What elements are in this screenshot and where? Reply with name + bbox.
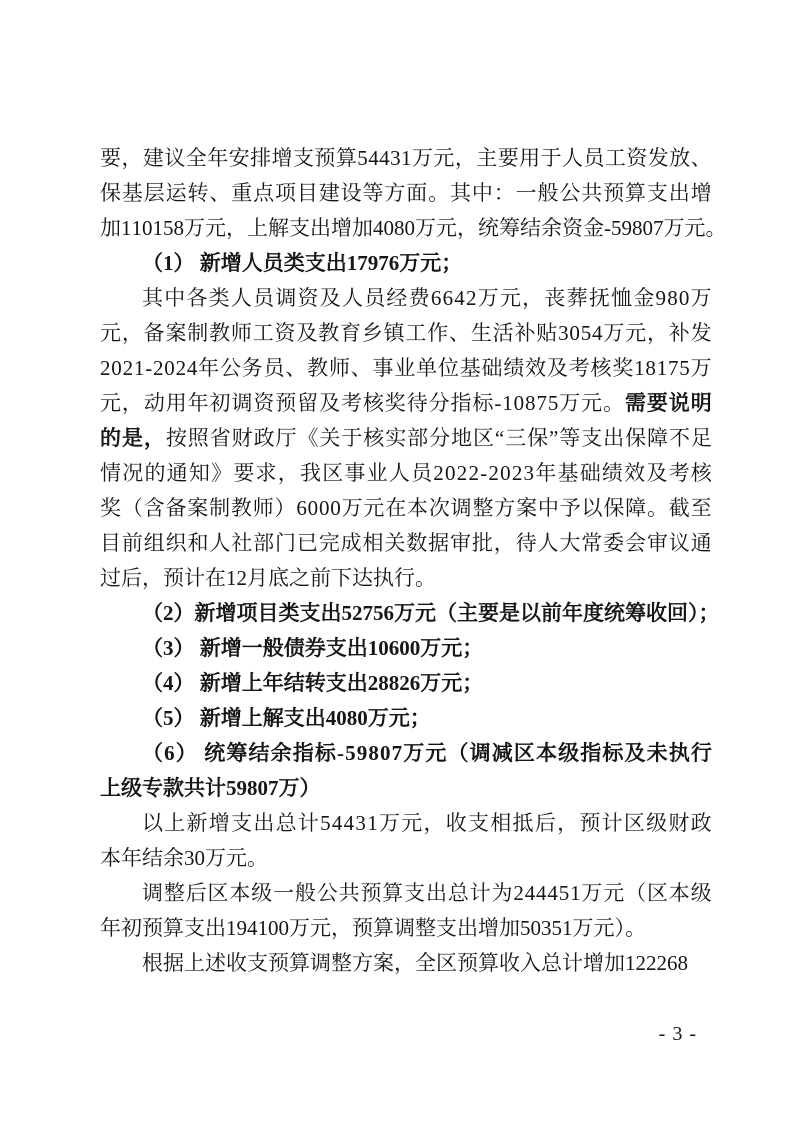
text-segment: 目: [100, 526, 121, 561]
text-segment: 2: [468, 456, 479, 491]
text-segment: 万: [664, 211, 685, 246]
text-segment: 在: [385, 491, 406, 526]
text-segment: 《: [297, 421, 318, 456]
text-segment: 区: [322, 456, 343, 491]
bold-text-segment: ，: [144, 421, 165, 456]
text-segment: 解: [268, 211, 289, 246]
text-segment: 员: [364, 281, 385, 316]
text-segment: 总: [448, 876, 469, 911]
text-segment: 抚: [589, 281, 610, 316]
text-segment: 基: [557, 456, 578, 491]
text-segment: 根据上述收支预算调整方案，全区预算收入总计增加122268: [142, 946, 688, 981]
text-segment: 0: [308, 491, 319, 526]
text-segment: 主: [476, 141, 497, 176]
bold-text-segment: 标: [315, 736, 336, 771]
text-segment: 初: [210, 386, 231, 421]
text-segment: 至: [691, 491, 712, 526]
text-segment: 三: [505, 421, 526, 456]
text-segment: 般: [295, 876, 316, 911]
text-segment: ，: [455, 141, 476, 176]
text-segment: 0: [569, 316, 580, 351]
text-segment: 员: [411, 456, 432, 491]
text-line: 保基层运转、重点项目建设等方面。其中：一般公共预算支出增: [100, 176, 712, 211]
text-segment: 2: [512, 456, 523, 491]
text-segment: 审: [647, 526, 668, 561]
text-segment: 本: [407, 491, 428, 526]
text-segment: 中: [164, 281, 185, 316]
text-segment: 9: [622, 211, 633, 246]
text-segment: 万: [379, 806, 400, 841]
text-segment: 资: [298, 281, 319, 316]
text-segment: 厅: [276, 421, 297, 456]
text-segment: 9: [655, 281, 666, 316]
text-segment: 效: [624, 456, 645, 491]
text-segment: 次: [429, 491, 450, 526]
text-segment: 。: [428, 176, 449, 211]
document-page: 要，建议全年安排增支预算54431万元，主要用于人员工资发放、保基层运转、重点项…: [0, 0, 793, 1122]
text-segment: 方: [384, 176, 405, 211]
bold-text-segment: 0: [380, 736, 391, 771]
text-segment: 一: [273, 876, 294, 911]
text-segment: 事: [373, 351, 394, 386]
bold-text-segment: [198, 736, 203, 771]
text-line: （1） 新增人员类支出17976万元；: [100, 246, 712, 281]
bold-text-segment: 减: [492, 736, 513, 771]
text-segment: 工: [405, 316, 426, 351]
text-segment: 资: [275, 316, 296, 351]
text-segment: 生: [471, 316, 492, 351]
text-segment: 区: [473, 421, 494, 456]
text-segment: 5: [611, 211, 622, 246]
text-segment: ，: [557, 806, 578, 841]
text-segment: 运: [166, 176, 187, 211]
text-segment: 案: [165, 316, 186, 351]
text-segment: 考: [341, 386, 362, 421]
text-segment: 议: [164, 141, 185, 176]
text-line: 过后，预计在12月底之前下达执行。: [100, 561, 712, 596]
text-segment: 审: [450, 526, 471, 561]
text-segment: 丧: [544, 281, 565, 316]
page-number: - 3 -: [659, 1022, 697, 1046]
text-segment: 7: [668, 351, 679, 386]
bold-text-segment: 筹: [226, 736, 247, 771]
text-segment: 奖: [100, 491, 121, 526]
text-segment: 元: [625, 316, 646, 351]
text-segment: 预: [360, 876, 381, 911]
text-segment: 等: [363, 176, 384, 211]
text-segment: 为: [492, 876, 513, 911]
bold-text-segment: -: [337, 736, 344, 771]
text-segment: 层: [144, 176, 165, 211]
text-segment: 制: [187, 316, 208, 351]
bold-text-segment: （1） 新增人员类支出17976万元；: [142, 246, 462, 281]
text-segment: ，: [457, 211, 478, 246]
text-segment: 2: [513, 876, 524, 911]
text-segment: 级: [646, 806, 667, 841]
text-segment: 万: [342, 491, 363, 526]
text-segment: 设: [341, 176, 362, 211]
text-segment: 障: [625, 491, 646, 526]
text-segment: 基: [122, 176, 143, 211]
text-segment: 的: [144, 456, 165, 491]
text-segment: 考: [569, 351, 590, 386]
text-segment: 制: [209, 491, 230, 526]
text-line: 其中各类人员调资及人员经费6642万元，丧葬抚恤金980万: [100, 281, 712, 316]
bold-text-segment: 明: [691, 386, 712, 421]
bold-text-segment: 未: [647, 736, 668, 771]
text-segment: 4: [379, 141, 390, 176]
text-segment: 5: [559, 876, 570, 911]
text-segment: 人: [231, 281, 252, 316]
text-segment: ，: [121, 141, 142, 176]
text-segment: 保: [603, 491, 624, 526]
text-segment: 知: [189, 456, 210, 491]
text-segment: 元: [100, 386, 121, 421]
bold-text-segment: 9: [357, 736, 368, 771]
text-segment: 6: [443, 281, 454, 316]
text-segment: 、: [285, 351, 306, 386]
text-segment: 元: [205, 211, 226, 246]
text-segment: 其: [450, 176, 471, 211]
text-segment: 整: [164, 876, 185, 911]
text-segment: 通: [167, 456, 188, 491]
text-segment: 情: [100, 456, 121, 491]
text-segment: 0: [142, 211, 153, 246]
bold-text-segment: 调: [470, 736, 491, 771]
text-segment: 况: [122, 456, 143, 491]
text-segment: 政: [254, 421, 275, 456]
text-segment: 后: [186, 876, 207, 911]
text-segment: 0: [405, 211, 416, 246]
text-line: 的是，按照省财政厅《关于核实部分地区“三保”等支出保障不足: [100, 421, 712, 456]
text-segment: 予: [560, 491, 581, 526]
text-segment: 恤: [611, 281, 632, 316]
bold-text-segment: 万: [403, 736, 424, 771]
text-line: 年初预算支出194100万元，预算调整支出增加50351万元）。: [100, 911, 712, 946]
text-segment: 5: [548, 386, 559, 421]
text-segment: 资: [626, 141, 647, 176]
text-segment: 万: [184, 211, 205, 246]
text-segment: （: [625, 876, 646, 911]
text-segment: 待: [516, 526, 537, 561]
text-segment: 常: [581, 526, 602, 561]
text-segment: 0: [330, 491, 341, 526]
text-segment: 省: [210, 421, 231, 456]
text-segment: 中: [472, 176, 493, 211]
text-segment: 4: [525, 876, 536, 911]
text-segment: 备: [165, 491, 186, 526]
text-segment: 5: [320, 806, 331, 841]
text-segment: 预: [579, 806, 600, 841]
text-line: （5） 新增上解支出4080万元；: [100, 701, 712, 736]
text-segment: 排: [250, 141, 271, 176]
bold-text-segment: 结: [249, 736, 270, 771]
text-segment: 用: [519, 141, 540, 176]
text-segment: 收: [446, 806, 467, 841]
text-segment: 8: [525, 386, 536, 421]
text-segment: 保: [527, 421, 548, 456]
text-segment: 支: [289, 211, 310, 246]
text-segment: 全: [186, 141, 207, 176]
text-segment: 础: [580, 456, 601, 491]
text-segment: 5: [581, 316, 592, 351]
text-segment: -: [480, 456, 487, 491]
text-segment: 足: [691, 421, 712, 456]
text-segment: ，: [423, 806, 444, 841]
text-segment: 完: [319, 526, 340, 561]
text-segment: 万: [478, 281, 499, 316]
text-segment: 调: [142, 876, 163, 911]
bold-text-segment: （5） 新增上解支出4080万元；: [142, 701, 431, 736]
text-line: （4） 新增上年结转支出28826万元；: [100, 666, 712, 701]
text-segment: 余: [541, 211, 562, 246]
bold-text-segment: ）: [176, 736, 197, 771]
text-segment: 、: [209, 176, 230, 211]
text-segment: 按: [166, 421, 187, 456]
text-line: （2）新增项目类支出52756万元（主要是以前年度统筹收回）；: [100, 596, 712, 631]
text-segment: 据: [428, 526, 449, 561]
text-segment: 含: [144, 491, 165, 526]
text-segment: 调: [451, 491, 472, 526]
text-segment: 一: [516, 176, 537, 211]
bold-text-segment: （2）新增项目类支出52756万元（主要是以前年度统筹收回）；: [142, 596, 720, 631]
text-segment: 教: [318, 316, 339, 351]
text-segment: 计: [298, 806, 319, 841]
text-segment: 关: [384, 526, 405, 561]
text-segment: 4: [332, 806, 343, 841]
text-segment: 核: [691, 456, 712, 491]
text-segment: 元: [603, 876, 624, 911]
text-segment: 、: [691, 141, 712, 176]
text-segment: 已: [297, 526, 318, 561]
text-segment: 核: [363, 386, 384, 421]
text-segment: 区: [647, 876, 668, 911]
text-segment: 计: [602, 806, 623, 841]
text-segment: 金: [583, 211, 604, 246]
text-line: （3） 新增一般债券支出10600万元；: [100, 631, 712, 666]
text-segment: 5: [163, 211, 174, 246]
text-segment: 教: [307, 351, 328, 386]
text-segment: 地: [451, 421, 472, 456]
text-segment: ，: [122, 386, 143, 421]
bold-text-segment: 元: [425, 736, 446, 771]
text-segment: 4: [344, 806, 355, 841]
text-segment: 区: [208, 876, 229, 911]
text-segment: 4: [373, 211, 384, 246]
text-segment: 年: [198, 351, 219, 386]
text-segment: 后: [535, 806, 556, 841]
text-segment: 元: [363, 491, 384, 526]
text-segment: 6: [431, 281, 442, 316]
text-segment: 计: [470, 876, 491, 911]
text-segment: 点: [253, 176, 274, 211]
text-segment: 于: [541, 141, 562, 176]
text-segment: 2: [466, 281, 477, 316]
text-segment: 障: [647, 421, 668, 456]
text-segment: 门: [275, 526, 296, 561]
text-segment: 万: [603, 316, 624, 351]
text-segment: 元: [581, 386, 602, 421]
text-segment: 4: [368, 141, 379, 176]
text-segment: 各: [186, 281, 207, 316]
text-segment: 人: [389, 456, 410, 491]
text-segment: 本: [229, 876, 250, 911]
text-segment: 不: [669, 421, 690, 456]
text-line: 元，动用年初调资预留及考核奖待分指标-10875万元。需要说明: [100, 386, 712, 421]
text-segment: 0: [384, 211, 395, 246]
text-segment: 绩: [503, 351, 524, 386]
text-segment: 大: [559, 526, 580, 561]
text-segment: 0: [679, 281, 690, 316]
text-segment: 求: [256, 456, 277, 491]
text-line: 奖（含备案制教师）6000万元在本次调整方案中予以保障。截至: [100, 491, 712, 526]
text-segment: 员: [264, 351, 285, 386]
text-line: 2021-2024年公务员、教师、事业单位基础绩效及考核奖18175万: [100, 351, 712, 386]
text-segment: 抵: [513, 806, 534, 841]
text-segment: 部: [407, 421, 428, 456]
text-segment: 1: [134, 351, 145, 386]
text-segment: 位: [438, 351, 459, 386]
text-segment: 及: [646, 456, 667, 491]
text-segment: 2: [176, 351, 187, 386]
text-segment: 补: [669, 316, 690, 351]
text-segment: 万: [691, 281, 712, 316]
text-segment: 算: [382, 876, 403, 911]
text-segment: 目: [297, 176, 318, 211]
text-segment: 出: [310, 211, 331, 246]
text-line: 加110158万元，上解支出增加4080万元，统筹结余资金-59807万元。: [100, 211, 712, 246]
text-segment: 过后，预计在12月底之前下达执行。: [100, 561, 436, 596]
text-segment: 1: [153, 211, 164, 246]
bold-text-segment: 说: [669, 386, 690, 421]
text-segment: 3: [355, 806, 366, 841]
text-segment: ，: [647, 316, 668, 351]
document-body: 要，建议全年安排增支预算54431万元，主要用于人员工资发放、保基层运转、重点项…: [100, 141, 712, 981]
bold-text-segment: 区: [514, 736, 535, 771]
text-segment: 1: [132, 211, 143, 246]
text-segment: 年初预算支出194100万元，预算调整支出增加50351万元）。: [100, 911, 646, 946]
text-segment: 万: [581, 876, 602, 911]
text-segment: 活: [493, 316, 514, 351]
text-segment: 4: [536, 876, 547, 911]
text-segment: ，: [122, 316, 143, 351]
text-segment: 照: [188, 421, 209, 456]
text-segment: 0: [445, 456, 456, 491]
text-segment: 0: [164, 351, 175, 386]
bold-text-segment: 6: [164, 736, 175, 771]
text-segment: 年: [188, 386, 209, 421]
text-segment: 统: [478, 211, 499, 246]
text-segment: 8: [394, 211, 405, 246]
text-segment: 支: [293, 141, 314, 176]
text-segment: 0: [500, 456, 511, 491]
text-segment: 出: [253, 806, 274, 841]
text-line: 根据上述收支预算调整方案，全区预算收入总计增加122268: [100, 946, 712, 981]
text-line: （6） 统筹结余指标-59807万元（调减区本级指标及未执行: [100, 736, 712, 771]
text-segment: 要: [100, 141, 121, 176]
text-segment: 于: [341, 421, 362, 456]
text-segment: 增: [331, 211, 352, 246]
text-segment: 类: [209, 281, 230, 316]
text-segment: 人: [209, 526, 230, 561]
bold-text-segment: 指: [293, 736, 314, 771]
text-segment: 部: [253, 526, 274, 561]
text-line: 以上新增支出总计54431万元，收支相抵后，预计区级财政: [100, 806, 712, 841]
text-segment: 其: [142, 281, 163, 316]
text-segment: 数: [406, 526, 427, 561]
bold-text-segment: 及: [625, 736, 646, 771]
text-segment: 待: [407, 386, 428, 421]
text-segment: 元: [401, 806, 422, 841]
text-segment: 本年结余30万元。: [100, 841, 268, 876]
text-segment: 和: [188, 526, 209, 561]
bold-text-segment: 5: [345, 736, 356, 771]
text-segment: 奖: [612, 351, 633, 386]
text-segment: 工: [605, 141, 626, 176]
text-segment: 上: [247, 211, 268, 246]
text-segment: 奖: [385, 386, 406, 421]
text-segment: 万: [559, 386, 580, 421]
text-segment: 要: [498, 141, 519, 176]
text-segment: 算: [336, 141, 357, 176]
text-segment: 加: [352, 211, 373, 246]
text-segment: 公: [220, 351, 241, 386]
bold-text-segment: 7: [392, 736, 403, 771]
text-line: 元，备案制教师工资及教育乡镇工作、生活补贴3054万元，补发: [100, 316, 712, 351]
bold-text-segment: 执: [669, 736, 690, 771]
text-segment: 调: [275, 281, 296, 316]
text-segment: 业: [394, 351, 415, 386]
bold-text-segment: （: [448, 736, 469, 771]
text-segment: 8: [632, 211, 643, 246]
text-segment: ）: [275, 491, 296, 526]
text-segment: 等: [559, 421, 580, 456]
text-segment: 年: [535, 456, 556, 491]
bold-text-segment: 的: [100, 421, 121, 456]
text-segment: 资: [253, 386, 274, 421]
text-segment: 2: [457, 456, 468, 491]
text-segment: 1: [401, 141, 412, 176]
text-segment: 考: [669, 456, 690, 491]
text-segment: 案: [187, 491, 208, 526]
text-segment: 新: [187, 806, 208, 841]
text-segment: 0: [514, 386, 525, 421]
text-segment: ：: [494, 176, 515, 211]
text-segment: 。: [706, 211, 727, 246]
text-segment: 7: [536, 386, 547, 421]
text-segment: 发: [691, 316, 712, 351]
text-segment: 前: [122, 526, 143, 561]
text-segment: 分: [429, 386, 450, 421]
text-segment: 上: [164, 806, 185, 841]
text-segment: 3: [558, 316, 569, 351]
text-segment: 财: [668, 806, 689, 841]
text-segment: 标: [472, 386, 493, 421]
text-segment: 增: [272, 141, 293, 176]
text-segment: 元: [685, 211, 706, 246]
text-segment: 我: [300, 456, 321, 491]
text-segment: 建: [143, 141, 164, 176]
text-segment: 发: [648, 141, 669, 176]
text-segment: 》: [211, 456, 232, 491]
text-segment: 1: [570, 876, 581, 911]
text-segment: 核: [591, 351, 612, 386]
text-segment: 共: [581, 176, 602, 211]
bold-text-segment: 是: [122, 421, 143, 456]
bold-text-segment: （3） 新增一般债券支出10600万元；: [142, 631, 483, 666]
text-segment: 公: [559, 176, 580, 211]
text-segment: 人: [538, 526, 559, 561]
